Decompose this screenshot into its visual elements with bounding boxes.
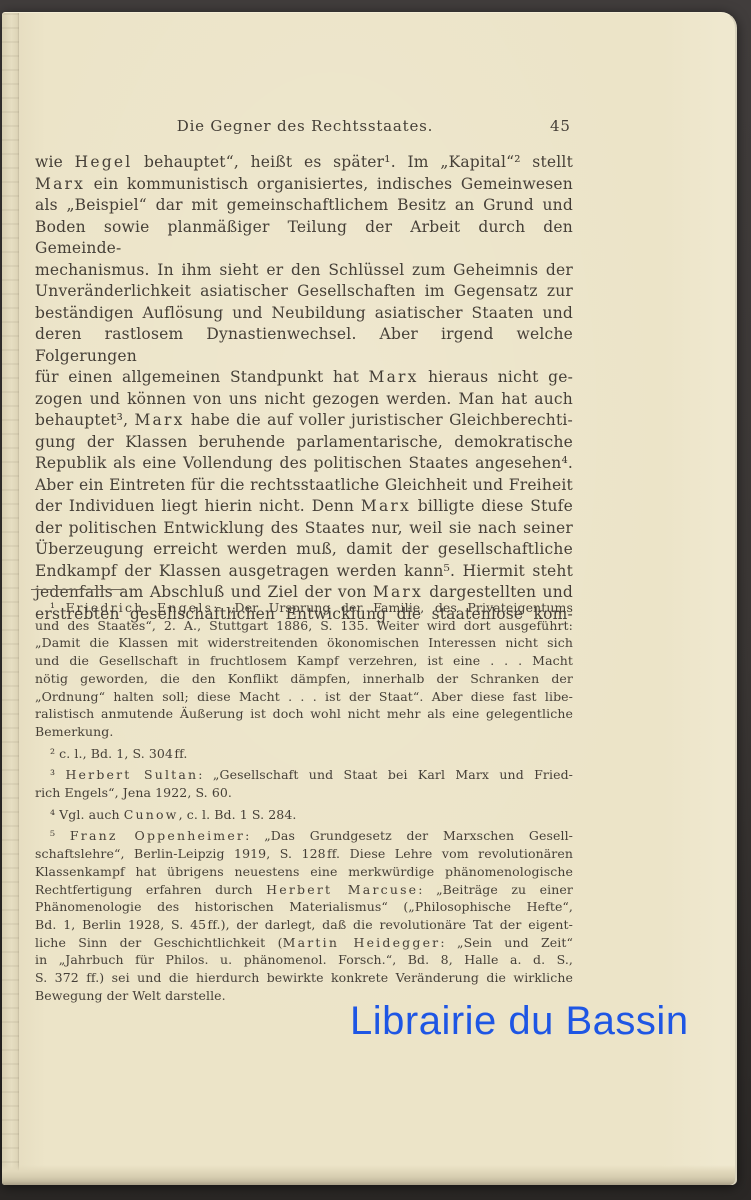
- body-line: der Individuen liegt hierin nicht. Denn …: [35, 496, 573, 518]
- letterspaced-name: Hegel: [75, 153, 133, 171]
- footnote-line: Klassenkampf hat übrigens neuestens eine…: [35, 863, 573, 881]
- footnote-line: ³ Herbert Sultan: „Gesellschaft und Staa…: [35, 766, 573, 784]
- letterspaced-name: Cunow: [124, 807, 179, 822]
- body-line: Aber ein Eintreten für die rechtsstaatli…: [35, 475, 573, 497]
- book-page: Die Gegner des Rechtsstaates. 45 wie Heg…: [2, 12, 737, 1185]
- letterspaced-name: Franz Oppenheimer: [70, 828, 245, 843]
- body-line: Boden sowie planmäßiger Teilung der Arbe…: [35, 217, 573, 260]
- letterspaced-name: Herbert Sultan: [65, 767, 198, 782]
- footnote: ² c. l., Bd. 1, S. 304 ff.: [35, 745, 573, 763]
- footnote-line: liche Sinn der Geschichtlichkeit (Martin…: [35, 934, 573, 952]
- letterspaced-name: Martin Heidegger: [283, 935, 441, 950]
- footnote: ⁴ Vgl. auch Cunow, c. l. Bd. 1 S. 284.: [35, 806, 573, 824]
- footnote-line: ¹ Friedrich Engels: „Der Ursprung der Fa…: [35, 599, 573, 617]
- footnote-line: S. 372 ff.) sei und die hierdurch bewirk…: [35, 969, 573, 987]
- footnote-line: ⁴ Vgl. auch Cunow, c. l. Bd. 1 S. 284.: [35, 806, 573, 824]
- footnotes: ¹ Friedrich Engels: „Der Ursprung der Fa…: [35, 599, 573, 1008]
- page-bottom-edges: [2, 1165, 735, 1185]
- letterspaced-name: Friedrich Engels: [66, 600, 214, 615]
- footnote-line: rich Engels“, Jena 1922, S. 60.: [35, 784, 573, 802]
- footnote-line: nötig geworden, die den Konflikt dämpfen…: [35, 670, 573, 688]
- body-line: der politischen Entwicklung des Staates …: [35, 518, 573, 540]
- body-line: deren rastlosem Dynastienwechsel. Aber i…: [35, 324, 573, 367]
- footnote-line: Rechtfertigung erfahren durch Herbert Ma…: [35, 881, 573, 899]
- body-line: Endkampf der Klassen ausgetragen werden …: [35, 561, 573, 583]
- footnote-line: „Damit die Klassen mit widerstreitenden …: [35, 634, 573, 652]
- page-fore-edges: [2, 13, 19, 1185]
- footnote: ¹ Friedrich Engels: „Der Ursprung der Fa…: [35, 599, 573, 741]
- body-line: als „Beispiel“ dar mit gemeinschaftliche…: [35, 195, 573, 217]
- letterspaced-name: Marx: [35, 175, 85, 193]
- footnote-line: ralistisch anmutende Äußerung ist doch w…: [35, 705, 573, 723]
- footnote-line: in „Jahrbuch für Philos. u. phänomenol. …: [35, 951, 573, 969]
- body-line: Überzeugung erreicht werden muß, damit d…: [35, 539, 573, 561]
- page-number: 45: [550, 117, 571, 135]
- body-line: behauptet³, Marx habe die auf voller jur…: [35, 410, 573, 432]
- footnote-line: Bemerkung.: [35, 723, 573, 741]
- body-line: gung der Klassen beruhende parlamentaris…: [35, 432, 573, 454]
- footnote-separator: [31, 589, 124, 590]
- footnote-line: Phänomenologie des historischen Material…: [35, 898, 573, 916]
- body-text: wie Hegel behauptet“, heißt es später¹. …: [35, 152, 573, 625]
- body-line: Republik als eine Vollendung des politis…: [35, 453, 573, 475]
- footnote-line: schaftslehre“, Berlin-Leipzig 1919, S. 1…: [35, 845, 573, 863]
- footnote: ³ Herbert Sultan: „Gesellschaft und Staa…: [35, 766, 573, 801]
- footnote-line: ² c. l., Bd. 1, S. 304 ff.: [35, 745, 573, 763]
- body-line: zogen und können von uns nicht gezogen w…: [35, 389, 573, 411]
- footnote-line: und die Gesellschaft in fruchtlosem Kamp…: [35, 652, 573, 670]
- running-header-title: Die Gegner des Rechtsstaates.: [2, 117, 608, 135]
- body-line: wie Hegel behauptet“, heißt es später¹. …: [35, 152, 573, 174]
- footnote-line: „Ordnung“ halten soll; diese Macht . . .…: [35, 688, 573, 706]
- letterspaced-name: Marx: [369, 368, 419, 386]
- body-line: Marx ein kommunistisch organisiertes, in…: [35, 174, 573, 196]
- body-line: beständigen Auflösung und Neubildung asi…: [35, 303, 573, 325]
- footnote-line: und des Staates“, 2. A., Stuttgart 1886,…: [35, 617, 573, 635]
- letterspaced-name: Marx: [134, 411, 184, 429]
- letterspaced-name: Herbert Marcuse: [266, 882, 418, 897]
- body-line: mechanismus. In ihm sieht er den Schlüss…: [35, 260, 573, 282]
- body-line: für einen allgemeinen Standpunkt hat Mar…: [35, 367, 573, 389]
- footnote: ⁵ Franz Oppenheimer: „Das Grundgesetz de…: [35, 827, 573, 1004]
- body-line: Unveränderlichkeit asiatischer Gesellsch…: [35, 281, 573, 303]
- watermark-text: Librairie du Bassin: [350, 999, 689, 1044]
- footnote-line: Bd. 1, Berlin 1928, S. 45 ff.), der darl…: [35, 916, 573, 934]
- footnote-line: ⁵ Franz Oppenheimer: „Das Grundgesetz de…: [35, 827, 573, 845]
- letterspaced-name: Marx: [361, 497, 411, 515]
- scanned-book-photo: { "colors": { "paper": "#eae2c6", "surro…: [0, 0, 751, 1200]
